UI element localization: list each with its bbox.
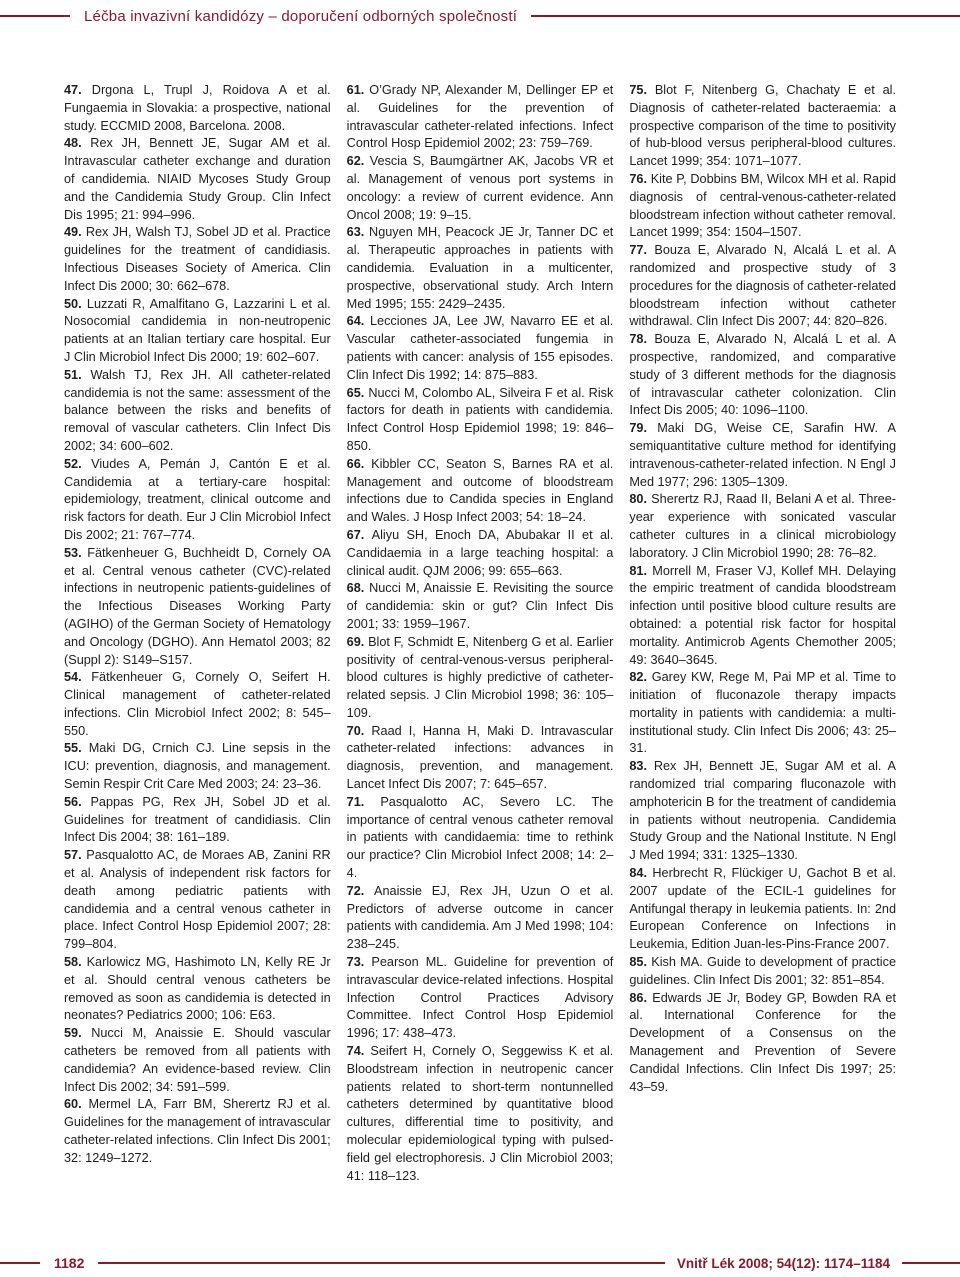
- reference-number: 55.: [64, 741, 89, 755]
- reference-number: 60.: [64, 1097, 88, 1111]
- reference-item: 62. Vescia S, Baumgärtner AK, Jacobs VR …: [347, 153, 614, 224]
- reference-item: 83. Rex JH, Bennett JE, Sugar AM et al. …: [629, 758, 896, 865]
- page-footer: 1182 Vnitř Lék 2008; 54(12): 1174–1184: [0, 1253, 960, 1273]
- reference-item: 71. Pasqualotto AC, Severo LC. The impor…: [347, 794, 614, 883]
- reference-item: 72. Anaissie EJ, Rex JH, Uzun O et al. P…: [347, 883, 614, 954]
- reference-number: 64.: [347, 314, 370, 328]
- reference-item: 49. Rex JH, Walsh TJ, Sobel JD et al. Pr…: [64, 224, 331, 295]
- header-rule-left: [0, 15, 70, 17]
- reference-number: 57.: [64, 848, 86, 862]
- reference-number: 68.: [347, 581, 369, 595]
- journal-citation: Vnitř Lék 2008; 54(12): 1174–1184: [677, 1256, 890, 1271]
- reference-item: 70. Raad I, Hanna H, Maki D. Intravascul…: [347, 723, 614, 794]
- reference-item: 50. Luzzati R, Amalfitano G, Lazzarini L…: [64, 296, 331, 367]
- reference-number: 70.: [347, 724, 372, 738]
- reference-item: 59. Nucci M, Anaissie E. Should vascular…: [64, 1025, 331, 1096]
- reference-item: 77. Bouza E, Alvarado N, Alcalá L et al.…: [629, 242, 896, 331]
- reference-number: 67.: [347, 528, 372, 542]
- reference-number: 66.: [347, 457, 371, 471]
- reference-item: 68. Nucci M, Anaissie E. Revisiting the …: [347, 580, 614, 633]
- reference-item: 60. Mermel LA, Farr BM, Sherertz RJ et a…: [64, 1096, 331, 1167]
- reference-item: 80. Sherertz RJ, Raad II, Belani A et al…: [629, 491, 896, 562]
- reference-number: 78.: [629, 332, 654, 346]
- reference-item: 73. Pearson ML. Guideline for prevention…: [347, 954, 614, 1043]
- reference-number: 61.: [347, 83, 370, 97]
- reference-item: 74. Seifert H, Cornely O, Seggewiss K et…: [347, 1043, 614, 1185]
- reference-number: 83.: [629, 759, 653, 773]
- reference-number: 80.: [629, 492, 651, 506]
- footer-rule-right: [902, 1262, 960, 1264]
- reference-number: 84.: [629, 866, 652, 880]
- reference-item: 51. Walsh TJ, Rex JH. All catheter-relat…: [64, 367, 331, 456]
- reference-number: 85.: [629, 955, 651, 969]
- reference-number: 72.: [347, 884, 374, 898]
- reference-number: 69.: [347, 635, 368, 649]
- reference-number: 53.: [64, 546, 87, 560]
- reference-item: 58. Karlowicz MG, Hashimoto LN, Kelly RE…: [64, 954, 331, 1025]
- reference-item: 82. Garey KW, Rege M, Pai MP et al. Time…: [629, 669, 896, 758]
- reference-item: 57. Pasqualotto AC, de Moraes AB, Zanini…: [64, 847, 331, 954]
- reference-number: 52.: [64, 457, 91, 471]
- journal-page: Léčba invazivní kandidózy – doporučení o…: [0, 0, 960, 1277]
- header-rule-right: [531, 15, 960, 17]
- reference-number: 50.: [64, 297, 87, 311]
- reference-number: 77.: [629, 243, 654, 257]
- reference-number: 54.: [64, 670, 91, 684]
- reference-item: 47. Drgona L, Trupl J, Roidova A et al. …: [64, 82, 331, 135]
- reference-number: 73.: [347, 955, 372, 969]
- reference-number: 58.: [64, 955, 87, 969]
- reference-number: 65.: [347, 386, 369, 400]
- reference-item: 56. Pappas PG, Rex JH, Sobel JD et al. G…: [64, 794, 331, 847]
- reference-item: 75. Blot F, Nitenberg G, Chachaty E et a…: [629, 82, 896, 171]
- footer-rule-middle: [98, 1262, 664, 1264]
- reference-number: 47.: [64, 83, 92, 97]
- reference-number: 51.: [64, 368, 90, 382]
- reference-item: 86. Edwards JE Jr, Bodey GP, Bowden RA e…: [629, 990, 896, 1097]
- reference-item: 67. Aliyu SH, Enoch DA, Abubakar II et a…: [347, 527, 614, 580]
- reference-number: 74.: [347, 1044, 371, 1058]
- reference-number: 86.: [629, 991, 652, 1005]
- reference-item: 76. Kite P, Dobbins BM, Wilcox MH et al.…: [629, 171, 896, 242]
- reference-number: 82.: [629, 670, 651, 684]
- reference-item: 69. Blot F, Schmidt E, Nitenberg G et al…: [347, 634, 614, 723]
- references-column-1: 47. Drgona L, Trupl J, Roidova A et al. …: [64, 82, 331, 1185]
- references-column-2: 61. O’Grady NP, Alexander M, Dellinger E…: [347, 82, 614, 1185]
- reference-number: 71.: [347, 795, 381, 809]
- footer-rule-left: [0, 1262, 40, 1264]
- references-column-3: 75. Blot F, Nitenberg G, Chachaty E et a…: [629, 82, 896, 1185]
- reference-number: 56.: [64, 795, 90, 809]
- reference-item: 63. Nguyen MH, Peacock JE Jr, Tanner DC …: [347, 224, 614, 313]
- reference-item: 55. Maki DG, Crnich CJ. Line sepsis in t…: [64, 740, 331, 793]
- reference-item: 85. Kish MA. Guide to development of pra…: [629, 954, 896, 990]
- page-header: Léčba invazivní kandidózy – doporučení o…: [0, 3, 960, 29]
- reference-item: 81. Morrell M, Fraser VJ, Kollef MH. Del…: [629, 563, 896, 670]
- reference-item: 48. Rex JH, Bennett JE, Sugar AM et al. …: [64, 135, 331, 224]
- reference-item: 66. Kibbler CC, Seaton S, Barnes RA et a…: [347, 456, 614, 527]
- reference-item: 53. Fätkenheuer G, Buchheidt D, Cornely …: [64, 545, 331, 670]
- reference-item: 54. Fätkenheuer G, Cornely O, Seifert H.…: [64, 669, 331, 740]
- page-number: 1182: [54, 1255, 84, 1271]
- reference-number: 76.: [629, 172, 650, 186]
- reference-item: 52. Viudes A, Pemán J, Cantón E et al. C…: [64, 456, 331, 545]
- reference-number: 49.: [64, 225, 86, 239]
- reference-number: 79.: [629, 421, 657, 435]
- reference-number: 48.: [64, 136, 90, 150]
- references-section: 47. Drgona L, Trupl J, Roidova A et al. …: [64, 82, 896, 1185]
- running-head: Léčba invazivní kandidózy – doporučení o…: [84, 8, 517, 25]
- reference-number: 81.: [629, 564, 652, 578]
- reference-number: 63.: [347, 225, 369, 239]
- reference-number: 62.: [347, 154, 370, 168]
- reference-item: 78. Bouza E, Alvarado N, Alcalá L et al.…: [629, 331, 896, 420]
- reference-item: 65. Nucci M, Colombo AL, Silveira F et a…: [347, 385, 614, 456]
- reference-item: 61. O’Grady NP, Alexander M, Dellinger E…: [347, 82, 614, 153]
- reference-item: 84. Herbrecht R, Flückiger U, Gachot B e…: [629, 865, 896, 954]
- reference-number: 59.: [64, 1026, 91, 1040]
- reference-item: 64. Lecciones JA, Lee JW, Navarro EE et …: [347, 313, 614, 384]
- reference-item: 79. Maki DG, Weise CE, Sarafin HW. A sem…: [629, 420, 896, 491]
- reference-number: 75.: [629, 83, 655, 97]
